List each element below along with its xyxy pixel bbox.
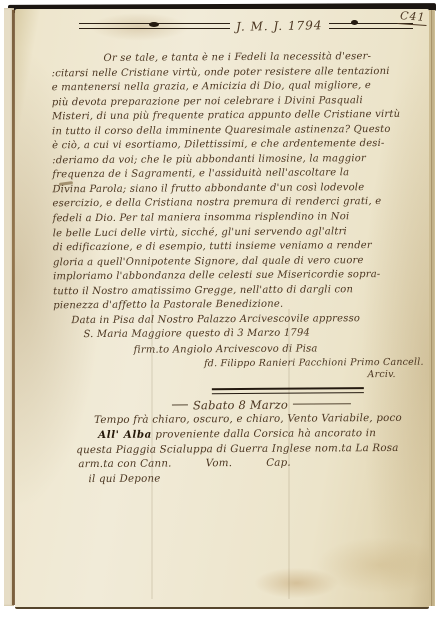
ink-blot [149, 22, 159, 27]
manuscript-page: J. M. J. 1794 C41 Or se tale, e tanta è … [15, 9, 429, 609]
armament-captain: Cap. [266, 456, 291, 471]
section-divider [212, 387, 364, 394]
right-page-edges [429, 10, 435, 606]
log-date: Sabato 8 Marzo [193, 398, 288, 413]
weather-note: Tempo frà chiaro, oscuro, e chiaro, Vent… [94, 411, 428, 428]
armament-men: Vom. [206, 456, 233, 471]
header-dash-right [293, 404, 351, 405]
armament-cannons: arm.ta con Cann. [78, 457, 171, 472]
manuscript-line: e mantenersi nella grazia, e Amicizia di… [52, 79, 426, 96]
manuscript-line: imploriamo l'abbondanza delle celesti su… [53, 268, 427, 285]
manuscript-scan: J. M. J. 1794 C41 Or se tale, e tanta è … [0, 0, 438, 620]
ink-blot [351, 20, 358, 25]
deposition-note: il qui Depone [88, 470, 428, 487]
pastoral-letter: Or se tale, e tanta è ne i Fedeli la nec… [51, 50, 428, 488]
manuscript-line: è ciò, a cui vi esortiamo, Dilettissimi,… [52, 137, 426, 154]
log-entry-line: questa Piaggia Scialuppa di Guerra Ingle… [76, 440, 428, 457]
page-header: J. M. J. 1794 [79, 19, 413, 33]
header-dash-left [172, 405, 188, 406]
signature-chancellor-title: Arciv. [54, 369, 396, 383]
page-title: J. M. J. 1794 [236, 18, 323, 34]
log-entry-emphasis: All' Alba [98, 428, 152, 440]
folio-number: C41 [397, 9, 427, 26]
manuscript-line: di edificazione, e di esempio, tutti ins… [53, 239, 427, 256]
manuscript-line: esercizio, e della Cristiana nostra prem… [53, 195, 427, 212]
log-entry-rest: proveniente dalla Corsica hà ancorato in [152, 427, 376, 441]
